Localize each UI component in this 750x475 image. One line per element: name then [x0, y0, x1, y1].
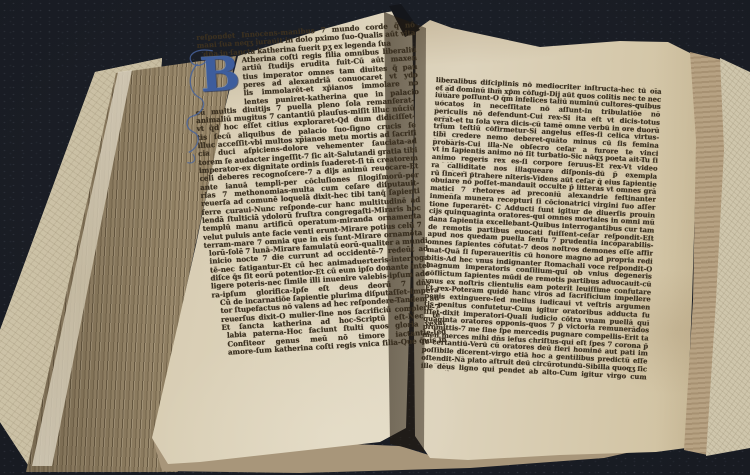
illuminated-initial: B: [193, 53, 251, 120]
photograph-open-incunabulum: reſpondet Innocens-manibus 7 mundo corde…: [0, 0, 750, 475]
right-page-text: liberalibus diſciplinis nō mediocriter i…: [421, 77, 662, 382]
initial-letter: B: [199, 49, 242, 101]
